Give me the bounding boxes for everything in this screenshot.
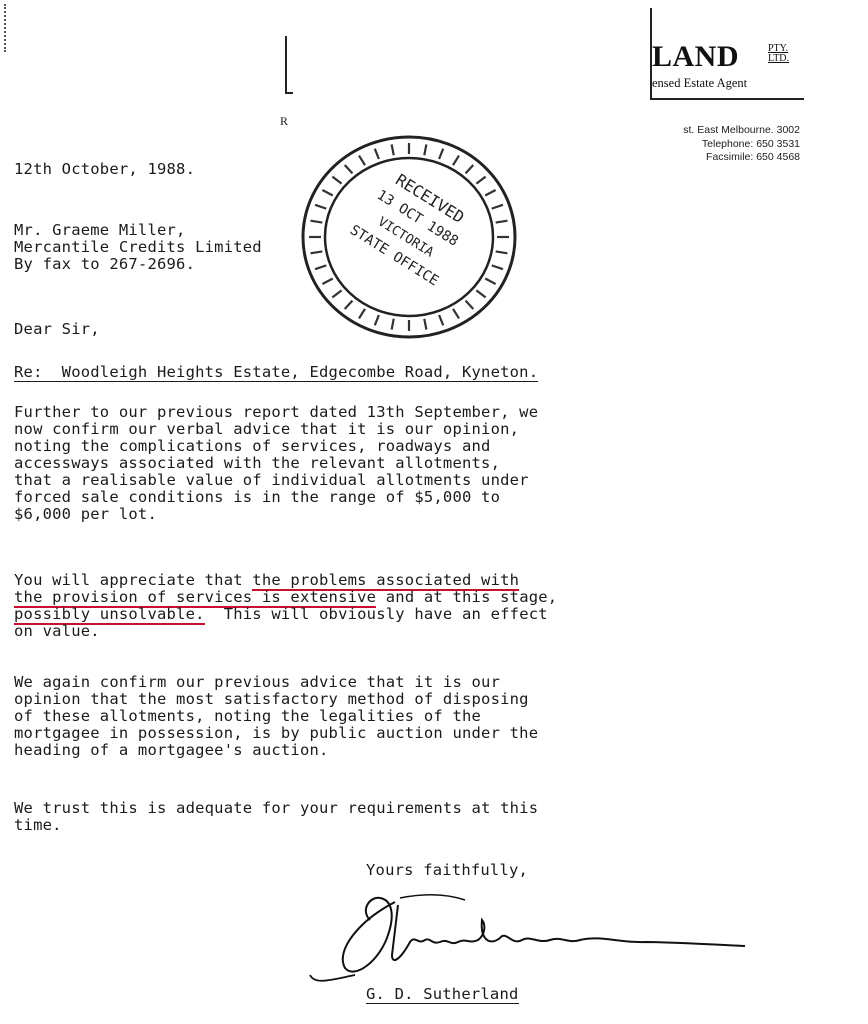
p1-line: $6,000 per lot.	[14, 506, 538, 523]
p2-line-3: possibly unsolvable. This will obviously…	[14, 606, 557, 623]
letter-date: 12th October, 1988.	[14, 161, 195, 178]
received-stamp: RECEIVED 13 OCT 1988 VICTORIA STATE OFFI…	[296, 132, 522, 342]
p2-line-4: on value.	[14, 623, 557, 640]
paragraph-closing: We trust this is adequate for your requi…	[14, 800, 538, 834]
address-facsimile: Facsimile: 650 4568	[683, 151, 800, 165]
letterhead-tagline: ensed Estate Agent	[652, 76, 747, 91]
letterhead-brand-suffix: PTY. LTD.	[768, 44, 789, 64]
subject-line: Re: Woodleigh Heights Estate, Edgecombe …	[14, 364, 538, 381]
p2-text: and at this stage,	[376, 588, 557, 606]
p1-line: noting the complications of services, ro…	[14, 438, 538, 455]
p3-line: mortgagee in possession, is by public au…	[14, 725, 538, 742]
p1-line: accessways associated with the relevant …	[14, 455, 538, 472]
salutation: Dear Sir,	[14, 321, 100, 338]
p1-line: that a realisable value of individual al…	[14, 472, 538, 489]
vertical-rule	[285, 36, 287, 94]
letterhead-address: st. East Melbourne. 3002 Telephone: 650 …	[683, 124, 800, 165]
paragraph-services-problem: You will appreciate that the problems as…	[14, 572, 557, 640]
brand-suffix-ltd: LTD.	[768, 54, 789, 64]
p3-line: of these allotments, noting the legaliti…	[14, 708, 538, 725]
vertical-rule-foot	[285, 92, 293, 94]
address-street: st. East Melbourne. 3002	[683, 124, 800, 138]
recipient-fax: By fax to 267-2696.	[14, 256, 262, 273]
letterhead-brand: LAND	[652, 40, 739, 74]
p1-line: forced sale conditions is in the range o…	[14, 489, 538, 506]
p4-line: We trust this is adequate for your requi…	[14, 800, 538, 817]
paragraph-auction-advice: We again confirm our previous advice tha…	[14, 674, 538, 759]
recipient-company: Mercantile Credits Limited	[14, 239, 262, 256]
p4-line: time.	[14, 817, 538, 834]
address-telephone: Telephone: 650 3531	[683, 138, 800, 152]
subject-text: Re: Woodleigh Heights Estate, Edgecombe …	[14, 363, 538, 382]
valediction: Yours faithfully,	[366, 862, 528, 879]
signatory-text: G. D. Sutherland	[366, 985, 519, 1004]
recipient-block: Mr. Graeme Miller, Mercantile Credits Li…	[14, 222, 262, 273]
p3-line: We again confirm our previous advice tha…	[14, 674, 538, 691]
signatory-name: G. D. Sutherland	[366, 986, 519, 1003]
p2-text: You will appreciate that	[14, 571, 252, 589]
p1-line: Further to our previous report dated 13t…	[14, 404, 538, 421]
paragraph-valuation: Further to our previous report dated 13t…	[14, 404, 538, 523]
p2-line-2: the provision of services is extensive a…	[14, 589, 557, 606]
p2-text: This will obviously have an effect	[205, 605, 548, 623]
scan-artifact-left	[4, 4, 8, 52]
recipient-name: Mr. Graeme Miller,	[14, 222, 262, 239]
signature	[300, 880, 770, 990]
p3-line: opinion that the most satisfactory metho…	[14, 691, 538, 708]
p1-line: now confirm our verbal advice that it is…	[14, 421, 538, 438]
p3-line: heading of a mortgagee's auction.	[14, 742, 538, 759]
stray-mark: R	[280, 114, 288, 129]
p2-line-1: You will appreciate that the problems as…	[14, 572, 557, 589]
